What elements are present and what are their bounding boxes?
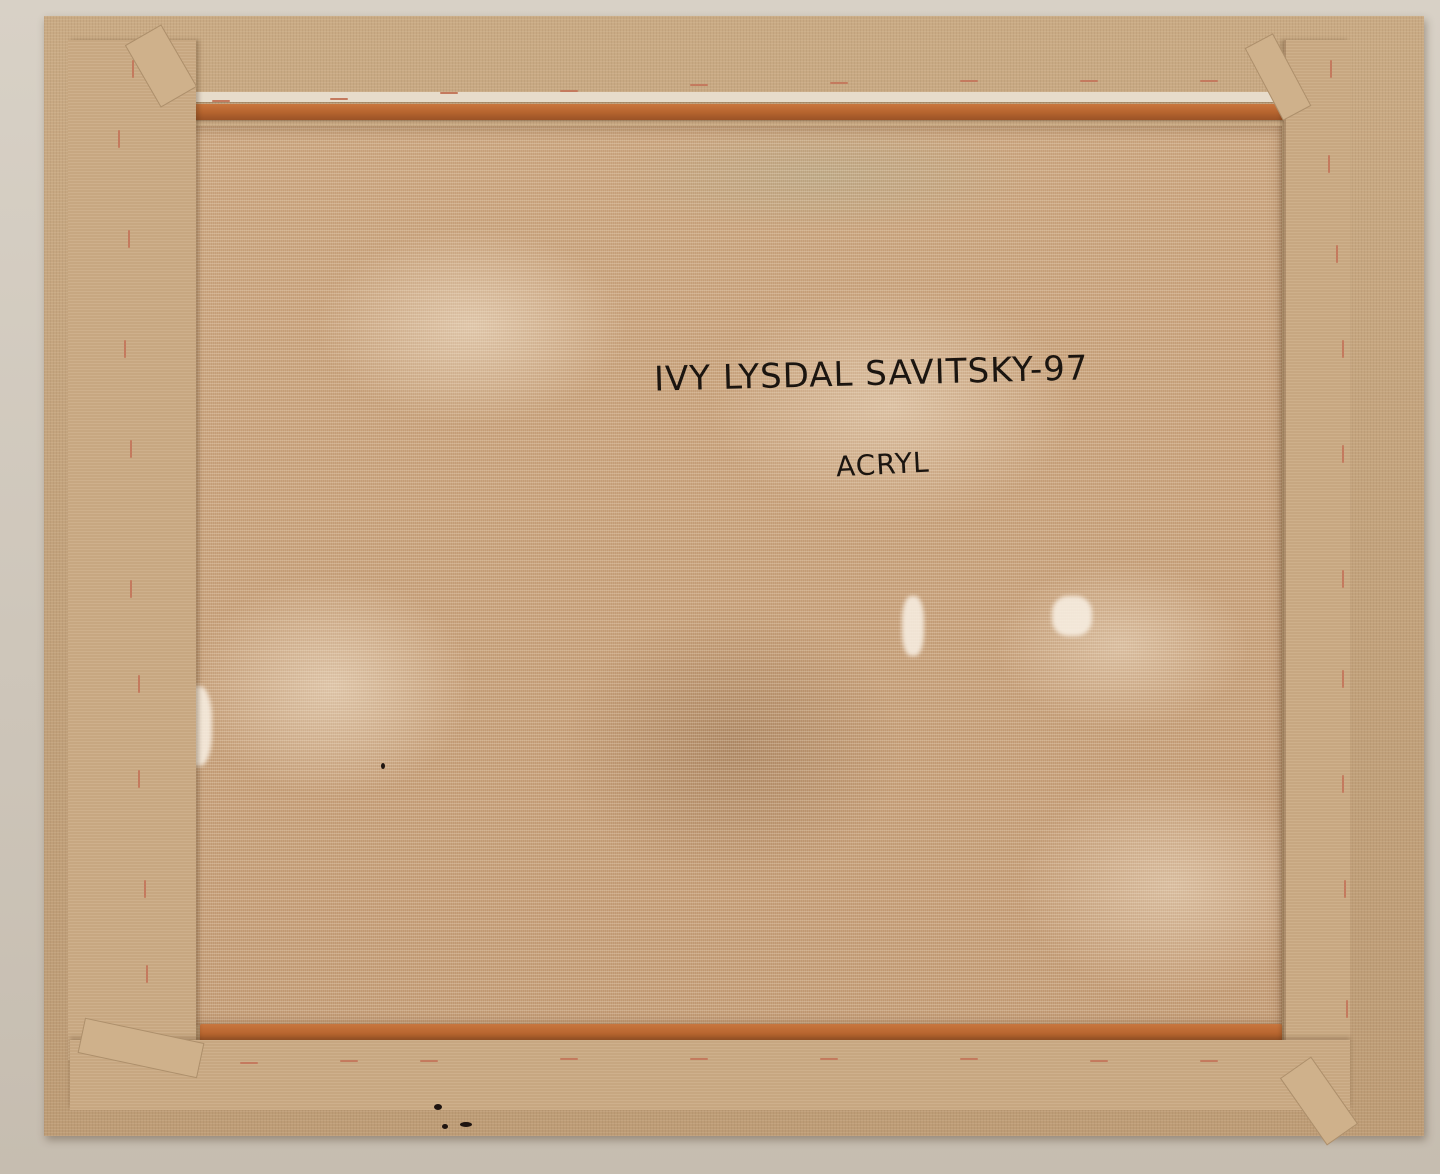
staple [212,100,230,102]
painted-canvas-reverse [172,126,1282,1026]
ink-spot [442,1124,448,1129]
staple [240,1062,258,1064]
staple [340,1060,358,1062]
staple [138,770,140,788]
staple [1342,445,1344,463]
staple [1342,340,1344,358]
staple [560,90,578,92]
staple [1342,775,1344,793]
staple [820,1058,838,1060]
staple [1346,1000,1348,1018]
staple [1200,1060,1218,1062]
staple [1330,60,1332,78]
staple [124,340,126,358]
staple [128,230,130,248]
canvas-edge-strip [168,92,1278,102]
staple [690,84,708,86]
staple [144,880,146,898]
canvas-fold-bottom [70,1040,1350,1110]
staple [330,98,348,100]
staple [1200,80,1218,82]
staple [1090,1060,1108,1062]
staple [1080,80,1098,82]
staple [960,80,978,82]
staple [830,82,848,84]
staple [132,60,134,78]
stretcher-bar-top [168,104,1286,120]
staple [1342,670,1344,688]
staple [1344,880,1346,898]
paint-patch [1052,596,1092,636]
staple [440,92,458,94]
staple [1342,570,1344,588]
ink-spot [434,1104,442,1110]
staple [118,130,120,148]
staple [130,440,132,458]
staple [560,1058,578,1060]
ink-spot [460,1122,472,1127]
canvas-fold-left [68,40,196,1060]
paint-patch [902,596,924,656]
staple [420,1060,438,1062]
canvas-fold-right [1284,40,1350,1100]
staple [1328,155,1330,173]
staple [1336,245,1338,263]
staple [146,965,148,983]
staple [130,580,132,598]
staple [138,675,140,693]
ink-spot [381,763,385,769]
staple [690,1058,708,1060]
medium-inscription: ACRYL [835,446,930,484]
staple [960,1058,978,1060]
